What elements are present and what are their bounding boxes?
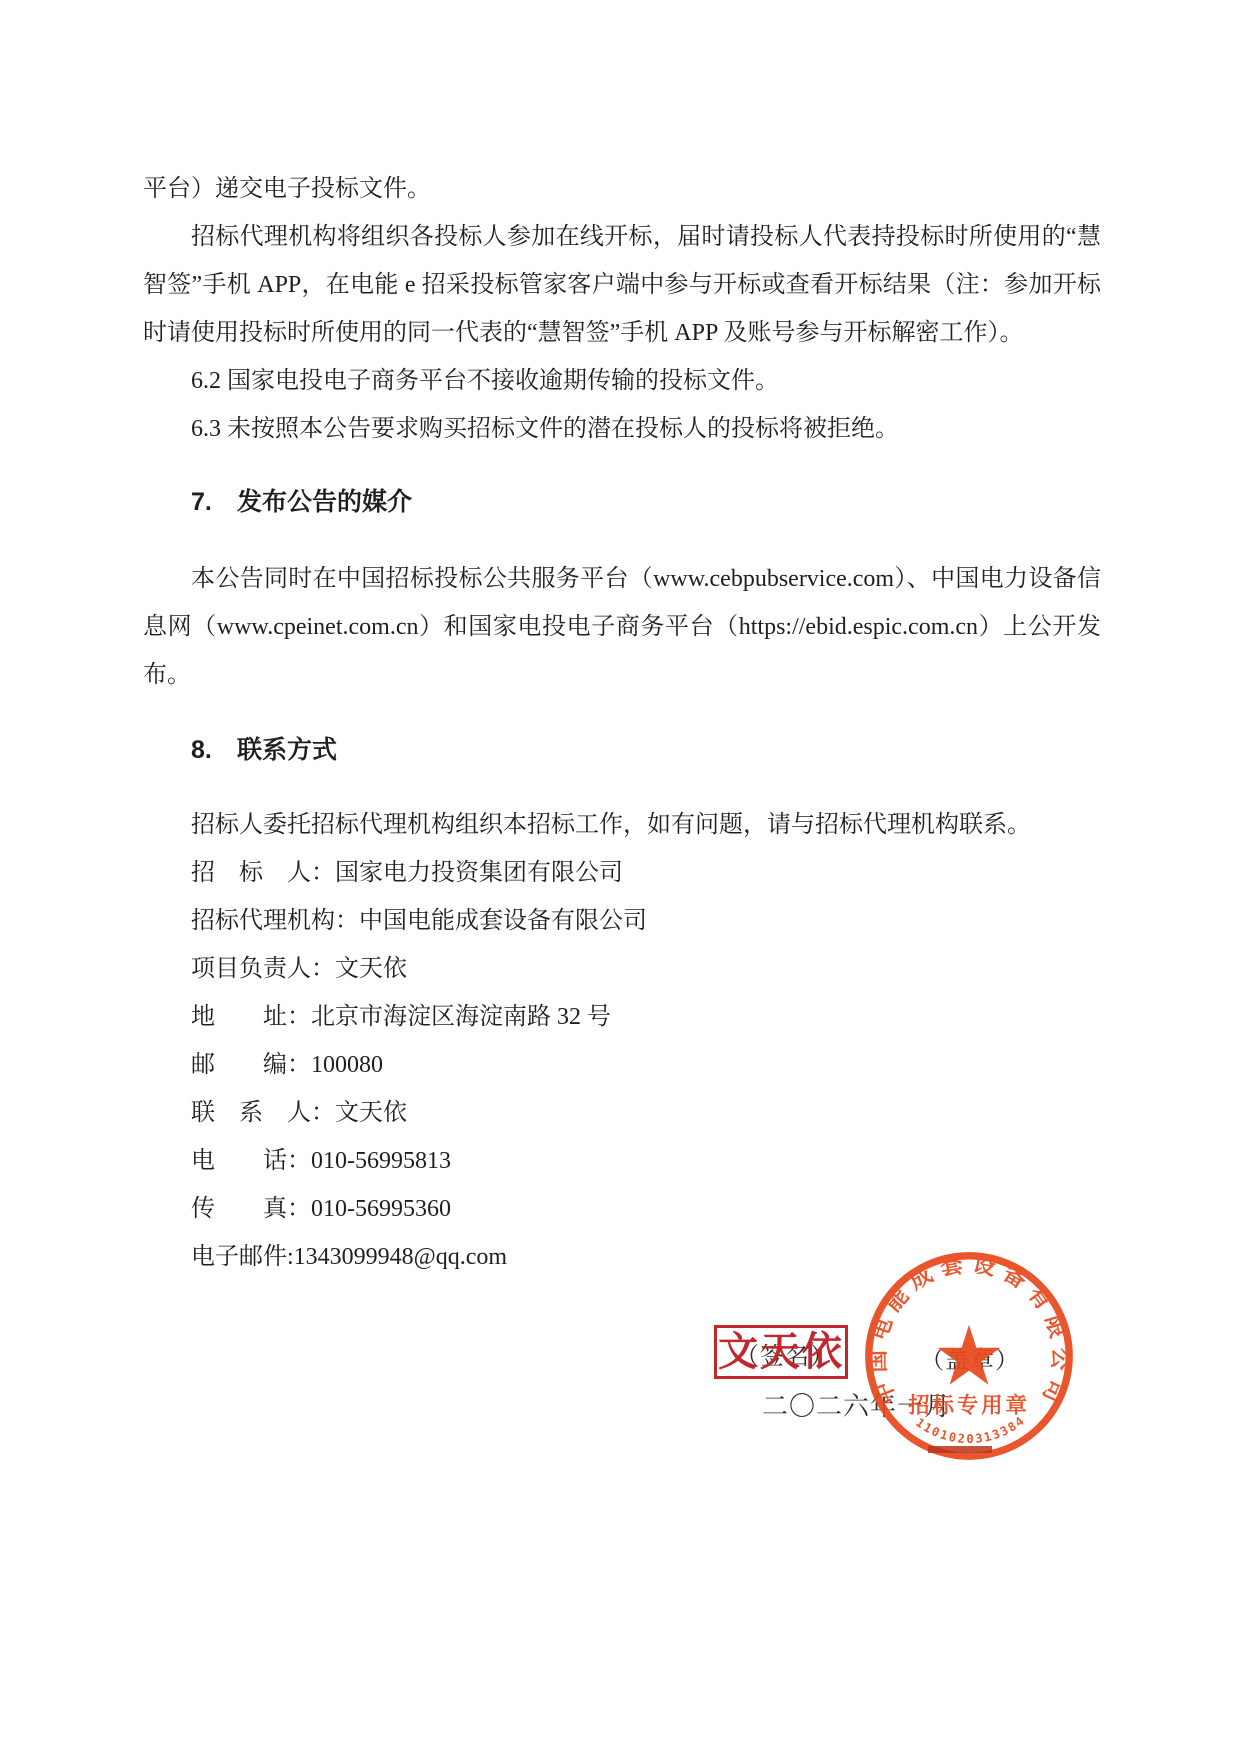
contact-value: 文天依 [335,1100,407,1126]
contact-label: 电子邮件: [191,1244,294,1270]
contact-list: 招 标 人：国家电力投资集团有限公司 招标代理机构：中国电能成套设备有限公司 项… [143,849,1101,1281]
name-stamp: 文天依 [714,1325,848,1379]
clause-6-2: 6.2 国家电投电子商务平台不接收逾期传输的投标文件。 [143,357,1101,405]
contact-value: 文天依 [335,956,407,982]
section-8-heading: 8.联系方式 [191,735,1101,765]
section-8-number: 8. [191,735,237,765]
contact-value: 010-56995360 [311,1196,451,1222]
section-8-intro: 招标人委托招标代理机构组织本招标工作，如有问题，请与招标代理机构联系。 [143,801,1101,849]
contact-row-phone: 电 话：010-56995813 [191,1137,1101,1185]
section-7-body: 本公告同时在中国招标投标公共服务平台（www.cebpubservice.com… [143,555,1101,699]
contact-label: 联 系 人： [191,1100,335,1126]
section-7-number: 7. [191,487,237,517]
contact-value: 北京市海淀区海淀南路 32 号 [311,1004,611,1030]
section-7-title: 发布公告的媒介 [237,488,412,516]
contact-label: 招标代理机构： [191,908,359,934]
paragraph-online-bid-opening: 招标代理机构将组织各投标人参加在线开标，届时请投标人代表持投标时所使用的“慧智签… [143,213,1101,357]
contact-value: 中国电能成套设备有限公司 [359,908,647,934]
contact-row-project-lead: 项目负责人：文天依 [191,945,1101,993]
clause-6-3: 6.3 未按照本公告要求购买招标文件的潜在投标人的投标将被拒绝。 [143,405,1101,453]
contact-label: 地 址： [191,1004,311,1030]
contact-value: 010-56995813 [311,1148,451,1174]
contact-value: 100080 [311,1052,383,1078]
star-icon [938,1325,1001,1385]
tender-announcement-page: 平台）递交电子投标文件。 招标代理机构将组织各投标人参加在线开标，届时请投标人代… [0,0,1240,1753]
company-seal: 中国电能成套设备有限公司 招标专用章 1101020313384 [862,1249,1076,1463]
contact-label: 项目负责人： [191,956,335,982]
contact-row-address: 地 址：北京市海淀区海淀南路 32 号 [191,993,1101,1041]
document-body: 平台）递交电子投标文件。 招标代理机构将组织各投标人参加在线开标，届时请投标人代… [143,165,1101,1281]
contact-label: 邮 编： [191,1052,311,1078]
contact-row-agency: 招标代理机构：中国电能成套设备有限公司 [191,897,1101,945]
seal-number-arc-text: 1101020313384 [913,1413,1028,1446]
contact-row-fax: 传 真：010-56995360 [191,1185,1101,1233]
contact-label: 传 真： [191,1196,311,1222]
section-7-heading: 7.发布公告的媒介 [191,487,1101,517]
contact-row-postcode: 邮 编：100080 [191,1041,1101,1089]
paragraph-platform-submit: 平台）递交电子投标文件。 [143,165,1101,213]
contact-value: 国家电力投资集团有限公司 [335,860,623,886]
contact-row-tenderer: 招 标 人：国家电力投资集团有限公司 [191,849,1101,897]
seal-bottom-mark [928,1446,992,1453]
seal-type-text: 招标专用章 [908,1392,1030,1417]
contact-row-contact-person: 联 系 人：文天依 [191,1089,1101,1137]
section-8-title: 联系方式 [237,736,337,764]
contact-label: 招 标 人： [191,860,335,886]
contact-value: 1343099948@qq.com [294,1244,507,1270]
contact-label: 电 话： [191,1148,311,1174]
